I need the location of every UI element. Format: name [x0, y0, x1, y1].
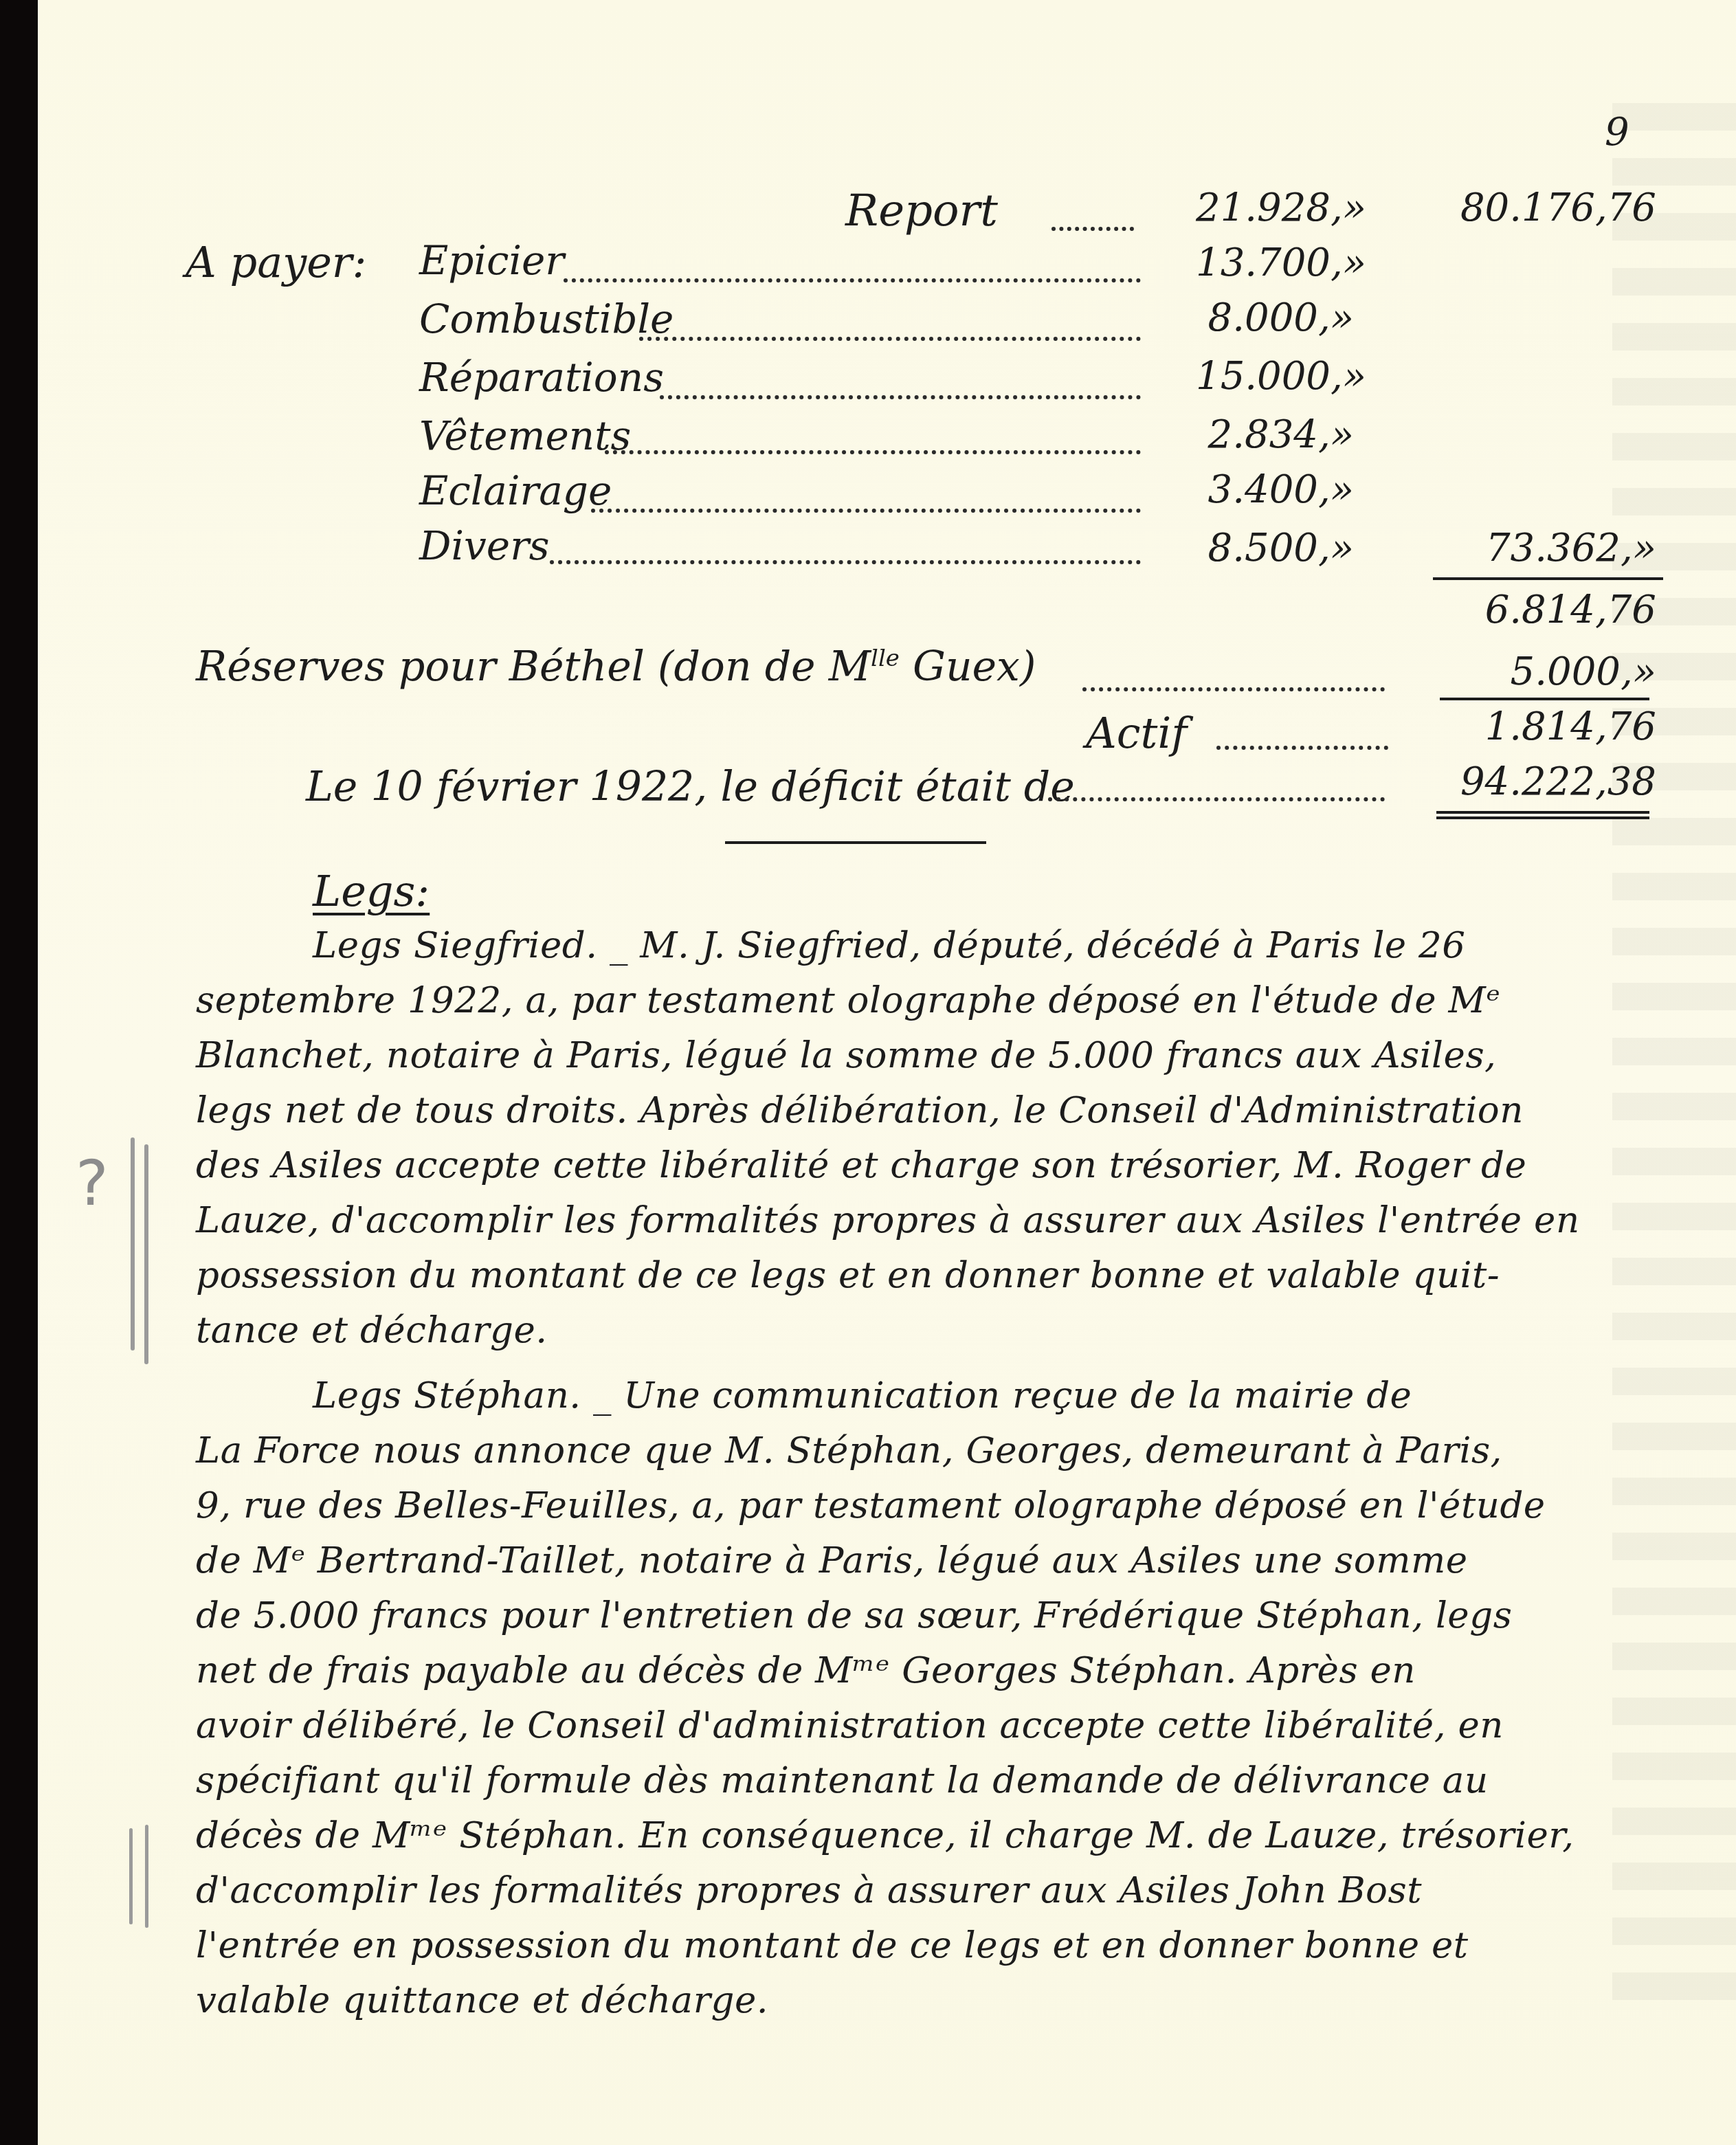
item-amount-epicier: 13.700,»	[1196, 241, 1354, 285]
pencil-margin-line	[129, 1828, 133, 1924]
report-subtotal: 21.928,»	[1196, 186, 1354, 230]
prose-line: d'accomplir les formalités propres à ass…	[196, 1869, 1422, 1911]
items-total: 73.362,»	[1436, 526, 1656, 570]
section-separator	[725, 841, 986, 844]
prose-line: décès de Mᵐᵉ Stéphan. En conséquence, il…	[196, 1814, 1574, 1856]
prose-line: des Asiles accepte cette libéralité et c…	[196, 1144, 1526, 1186]
prose-line: valable quittance et décharge.	[196, 1979, 768, 2021]
prose-line: tance et décharge.	[196, 1309, 548, 1351]
prose-line: La Force nous annonce que M. Stéphan, Ge…	[196, 1430, 1502, 1471]
pencil-question-mark: ?	[76, 1148, 109, 1220]
item-leader	[605, 450, 1141, 454]
prose-line: Legs Stéphan. _ Une communication reçue …	[313, 1375, 1412, 1416]
sum-rule	[1433, 577, 1663, 580]
item-label-epicier: Epicier	[419, 237, 564, 284]
to-pay-label: A payer:	[186, 237, 366, 287]
report-total: 80.176,76	[1443, 186, 1656, 230]
prose-line: de 5.000 francs pour l'entretien de sa s…	[196, 1594, 1512, 1636]
item-leader	[564, 278, 1141, 282]
item-amount-reparations: 15.000,»	[1196, 354, 1354, 399]
reserves-rule	[1440, 698, 1649, 700]
item-label-divers: Divers	[419, 522, 550, 569]
prose-line: 9, rue des Belles-Feuilles, a, par testa…	[196, 1485, 1546, 1526]
prose-line: Legs Siegfried. _ M. J. Siegfried, déput…	[313, 924, 1466, 966]
item-amount-combustible: 8.000,»	[1196, 296, 1354, 340]
item-amount-eclairage: 3.400,»	[1196, 467, 1354, 512]
actif-label: Actif	[1086, 708, 1187, 758]
actif-amount: 1.814,76	[1436, 704, 1656, 749]
prose-line: de Mᵉ Bertrand-Taillet, notaire à Paris,…	[196, 1540, 1468, 1581]
reserves-label-end: Guex)	[900, 643, 1036, 691]
pencil-margin-line	[144, 1144, 148, 1364]
prose-line: Lauze, d'accomplir les formalités propre…	[196, 1199, 1580, 1241]
page-number: 9	[1605, 110, 1629, 155]
bleed-through-shadow	[1612, 103, 1736, 2027]
actif-leader	[1216, 746, 1388, 750]
scan-border	[0, 0, 38, 2145]
prose-line: Blanchet, notaire à Paris, légué la somm…	[196, 1034, 1496, 1076]
balance-amount: 6.814,76	[1436, 588, 1656, 632]
item-label-vetements: Vêtements	[419, 412, 631, 459]
deficit-leader	[1048, 797, 1385, 801]
prose-line: spécifiant qu'il formule dès maintenant …	[196, 1759, 1489, 1801]
reserves-leader	[1082, 687, 1385, 691]
reserves-amount: 5.000,»	[1436, 649, 1656, 694]
item-amount-vetements: 2.834,»	[1196, 412, 1354, 457]
report-leader	[1051, 227, 1134, 231]
prose-line: legs net de tous droits. Après délibérat…	[196, 1089, 1524, 1131]
item-amount-divers: 8.500,»	[1196, 526, 1354, 570]
report-label: Report	[845, 186, 998, 236]
item-leader	[591, 509, 1141, 513]
prose-line: septembre 1922, a, par testament olograp…	[196, 979, 1500, 1021]
prose-line: possession du montant de ce legs et en d…	[196, 1254, 1500, 1296]
item-leader	[660, 395, 1141, 399]
deficit-double-rule	[1436, 811, 1649, 819]
deficit-label: Le 10 février 1922, le déficit était de	[306, 763, 1075, 811]
reserves-label-main: Réserves pour Béthel (don de M	[196, 643, 871, 691]
prose-line: net de frais payable au décès de Mᵐᵉ Geo…	[196, 1649, 1416, 1691]
item-label-combustible: Combustible	[419, 296, 674, 342]
pencil-margin-line	[131, 1137, 135, 1351]
item-leader	[639, 337, 1141, 341]
reserves-label-superscript: lle	[871, 645, 900, 672]
item-label-reparations: Réparations	[419, 354, 664, 401]
item-label-eclairage: Eclairage	[419, 467, 612, 514]
reserves-label: Réserves pour Béthel (don de Mlle Guex)	[196, 643, 1036, 691]
legs-section-title: Legs:	[313, 866, 430, 916]
pencil-margin-line	[145, 1825, 148, 1928]
prose-line: l'entrée en possession du montant de ce …	[196, 1924, 1469, 1966]
item-leader	[550, 560, 1141, 564]
deficit-amount: 94.222,38	[1436, 759, 1656, 804]
prose-line: avoir délibéré, le Conseil d'administrat…	[196, 1704, 1504, 1746]
